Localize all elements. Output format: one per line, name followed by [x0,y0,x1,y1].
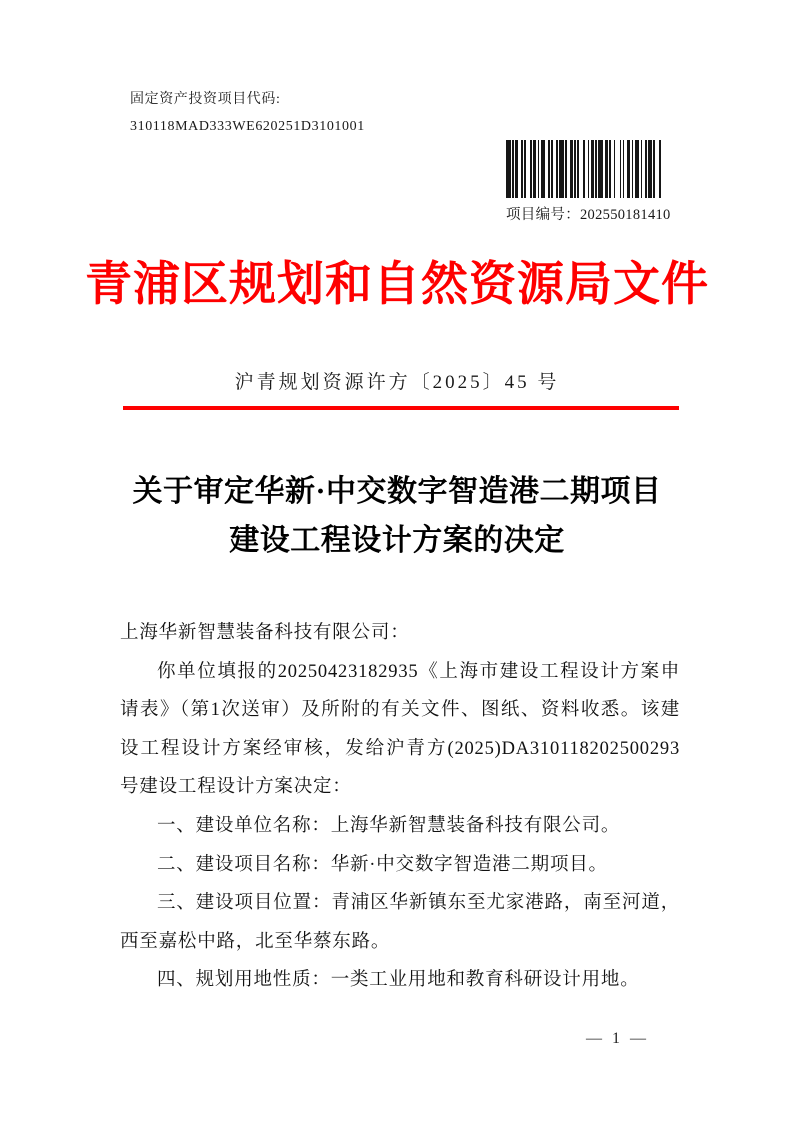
official-document-page: 固定资产投资项目代码: 310118MAD333WE620251D3101001… [0,0,794,1123]
document-title-line1: 关于审定华新·中交数字智造港二期项目 [132,475,661,508]
page-number: — 1 — [586,1030,649,1048]
project-code-label: 固定资产投资项目代码: [130,86,365,113]
project-code-value: 310118MAD333WE620251D3101001 [130,113,365,140]
body-paragraph: 一、建设单位名称：上海华新智慧装备科技有限公司。 [120,807,680,846]
project-code-block: 固定资产投资项目代码: 310118MAD333WE620251D3101001 [130,86,365,140]
project-number-label: 项目编号：202550181410 [506,203,662,224]
red-divider-line [123,406,679,410]
barcode-block: 项目编号：202550181410 [506,140,662,224]
barcode-icon [506,140,662,198]
body-paragraph: 二、建设项目名称：华新·中交数字智造港二期项目。 [120,846,680,885]
body-paragraph: 三、建设项目位置：青浦区华新镇东至尤家港路，南至河道，西至嘉松中路，北至华蔡东路… [120,884,680,961]
agency-letterhead-title: 青浦区规划和自然资源局文件 [0,247,794,314]
body-paragraph: 四、规划用地性质：一类工业用地和教育科研设计用地。 [120,961,680,1000]
document-reference-number: 沪青规划资源许方〔2025〕45 号 [0,367,794,394]
salutation: 上海华新智慧装备科技有限公司： [120,614,680,653]
body-paragraph: 你单位填报的20250423182935《上海市建设工程设计方案申请表》（第1次… [120,653,680,807]
document-body: 上海华新智慧装备科技有限公司： 你单位填报的20250423182935《上海市… [120,614,680,1000]
document-title-line2: 建设工程设计方案的决定 [229,524,565,557]
document-title: 关于审定华新·中交数字智造港二期项目 建设工程设计方案的决定 [0,467,794,565]
